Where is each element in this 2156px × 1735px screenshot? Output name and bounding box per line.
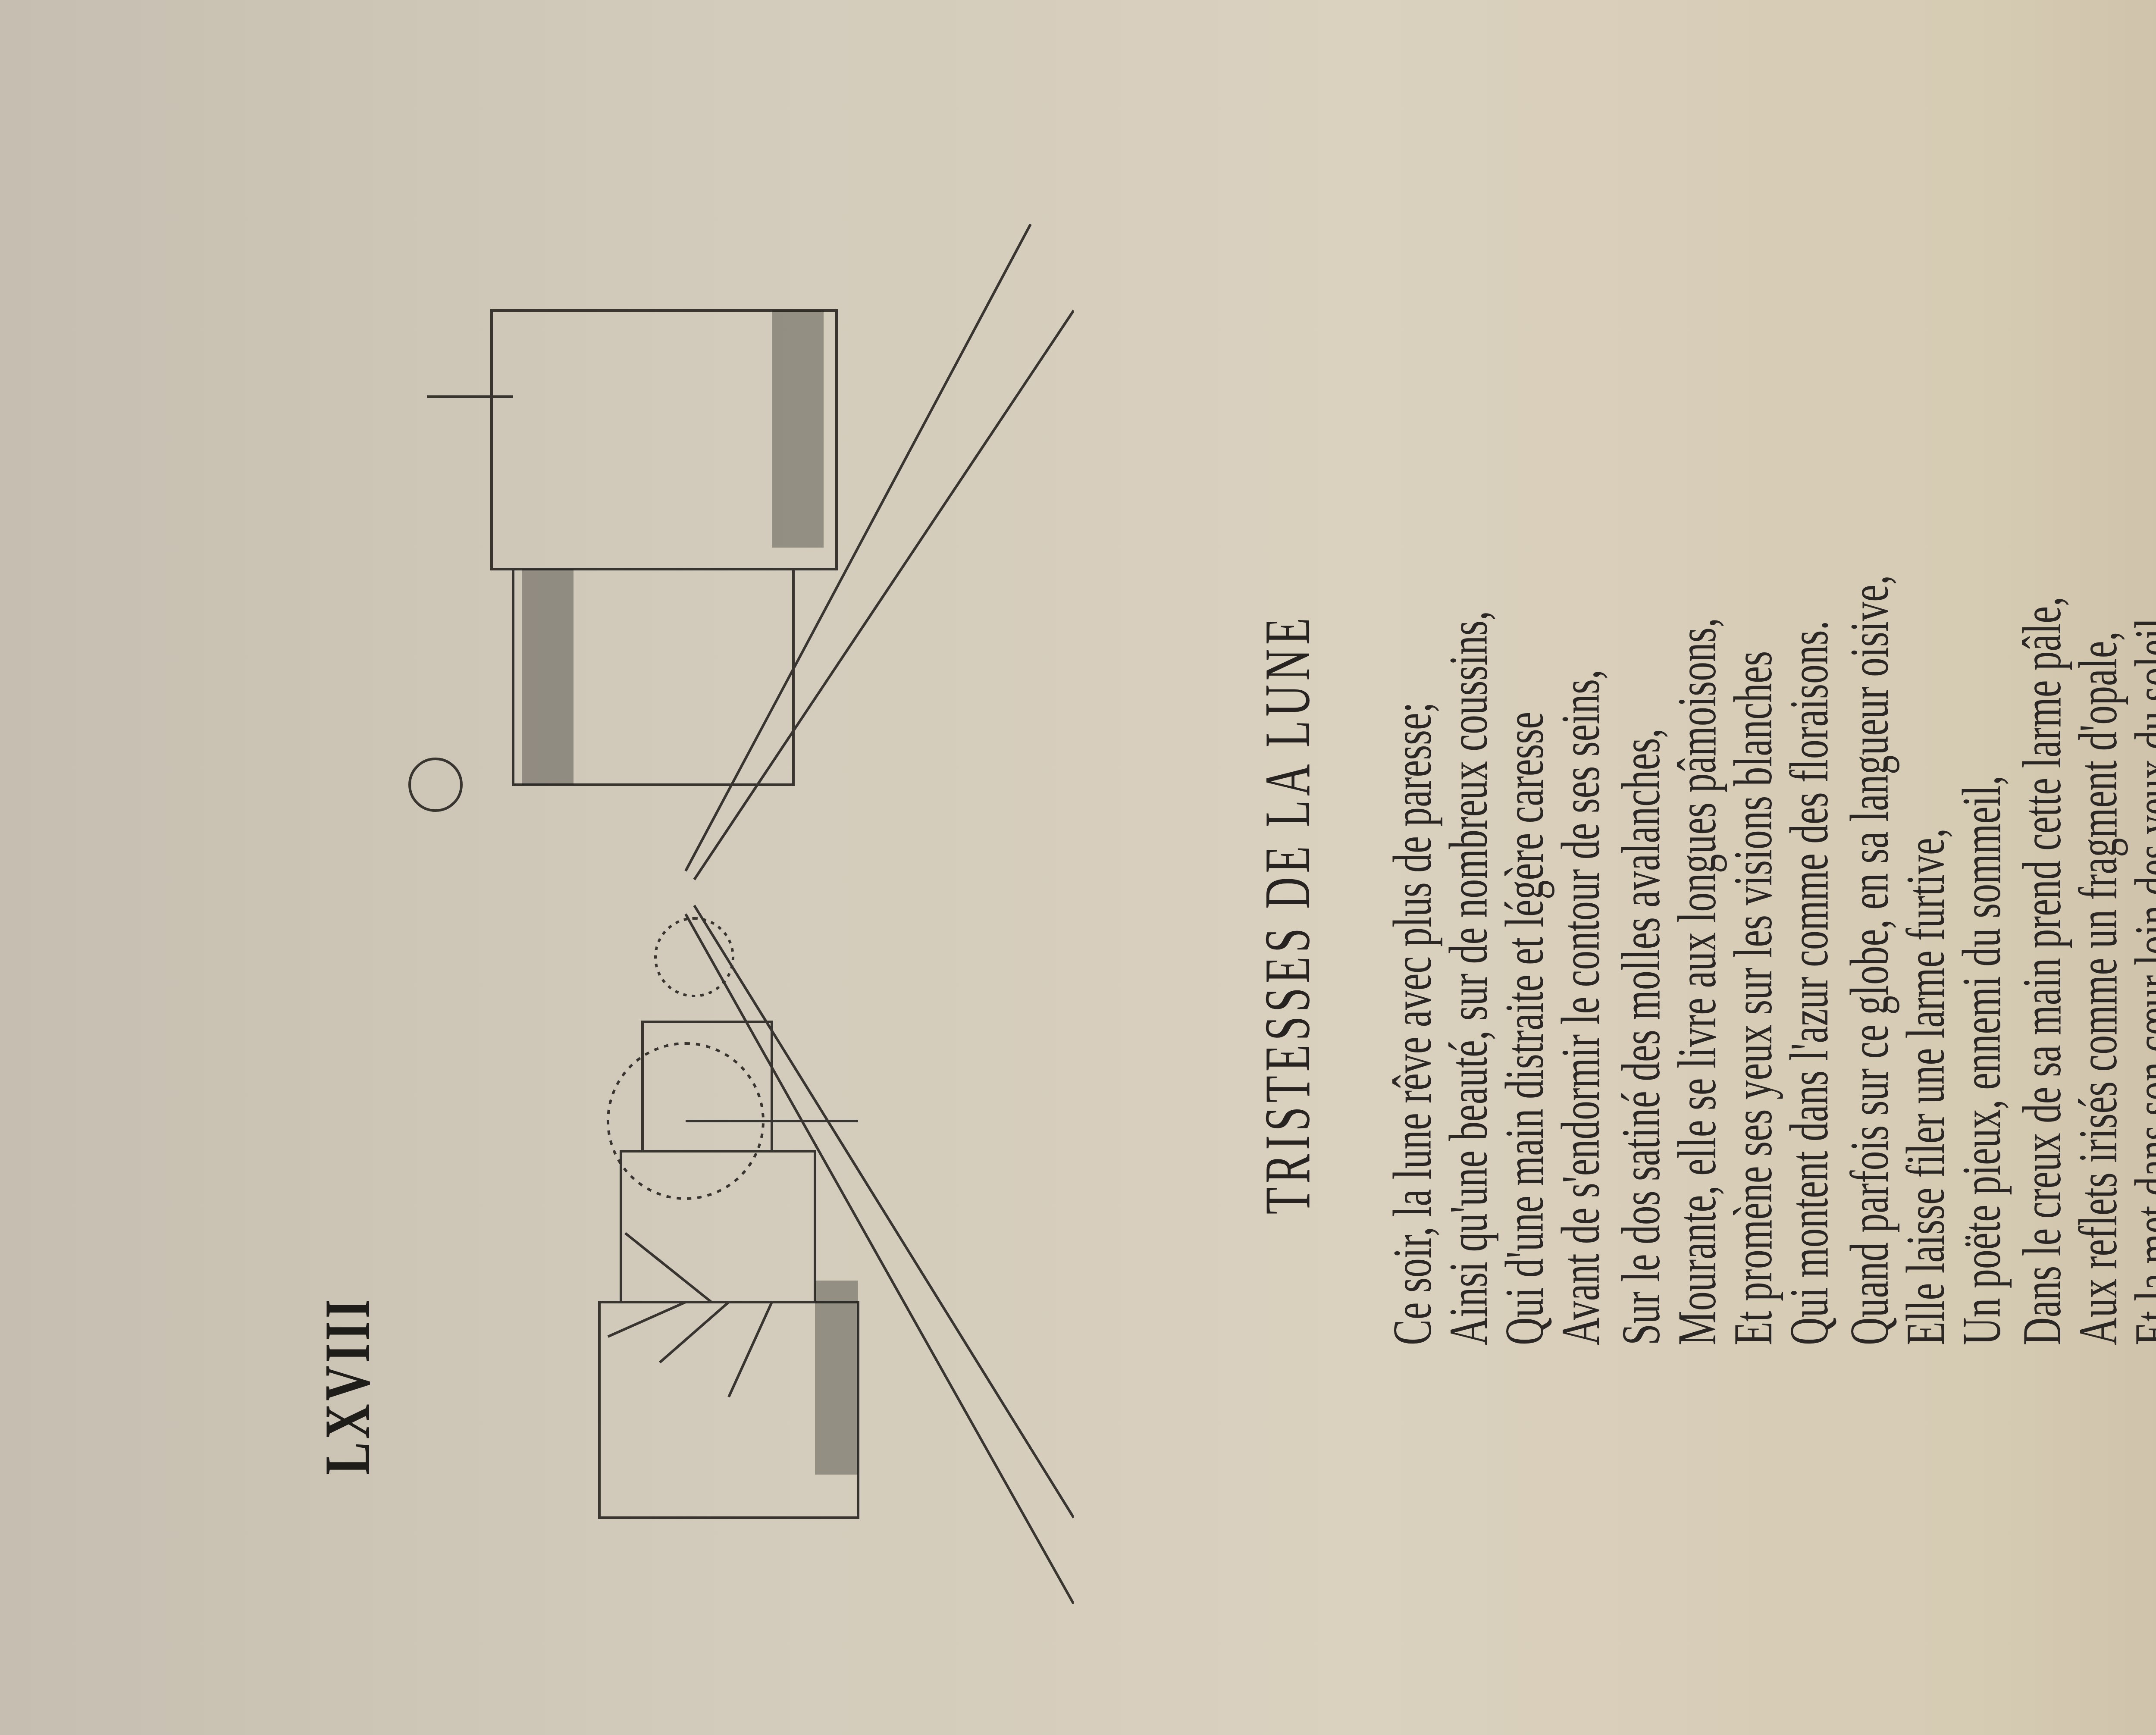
poem-title-text: TRISTESSES DE LA LUNE (1250, 614, 1325, 1215)
verse-line: Un poëte pieux, ennemi du sommeil, (1953, 561, 2009, 1345)
photo-background: LXVIII (0, 0, 2156, 1735)
street-illustration (384, 224, 1074, 1604)
verse-line: Quand parfois sur ce globe, en sa langue… (1841, 561, 1897, 1345)
verse-line: Qui d'une main distraite et légère cares… (1496, 561, 1552, 1345)
stanza-3: Quand parfois sur ce globe, en sa langue… (1841, 224, 2009, 1345)
stanza-1: Ce soir, la lune rêve avec plus de pares… (1384, 224, 1608, 1345)
verse-line: Dans le creux de sa main prend cette lar… (2014, 561, 2070, 1345)
verse-line: Elle laisse filer une larme furtive, (1897, 561, 1953, 1345)
stanza-4: Dans le creux de sa main prend cette lar… (2014, 224, 2156, 1345)
verse-line: Sur le dos satiné des molles avalanches, (1613, 561, 1669, 1345)
book-page: LXVIII (0, 0, 2156, 1735)
stanza-2: Sur le dos satiné des molles avalanches,… (1613, 224, 1837, 1345)
page-content-rotated: LXVIII (310, 224, 2156, 1604)
verse-line: Et la met dans son cœur loin des yeux du… (2126, 561, 2156, 1345)
verse-line: Avant de s'endormir le contour de ses se… (1552, 561, 1608, 1345)
verse-line: Aux reflets irisés comme un fragment d'o… (2070, 561, 2126, 1345)
verse-line: Et promène ses yeux sur les visions blan… (1725, 561, 1781, 1345)
poem-number: LXVIII (310, 1296, 385, 1475)
poem-title: TRISTESSES DE LA LUNE (1250, 224, 1325, 1604)
verse-line: Ce soir, la lune rêve avec plus de pares… (1384, 561, 1440, 1345)
verse-line: Qui montent dans l'azur comme des florai… (1781, 561, 1837, 1345)
verse-line: Ainsi qu'une beauté, sur de nombreux cou… (1440, 561, 1496, 1345)
verse-line: Mourante, elle se livre aux longues pâmo… (1669, 561, 1725, 1345)
